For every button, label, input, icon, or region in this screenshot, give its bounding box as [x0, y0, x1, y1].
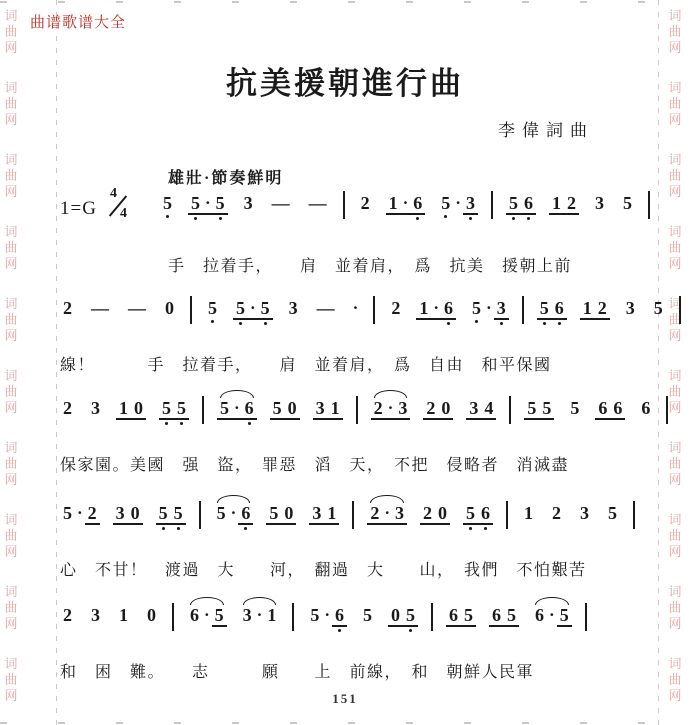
octave-dot	[463, 525, 478, 531]
dot-separator: ·	[232, 398, 242, 426]
note-group: 10	[116, 398, 146, 426]
barline	[679, 296, 681, 324]
note: 1	[324, 503, 339, 531]
note-digit: 0	[144, 605, 159, 625]
note-group: 31	[309, 503, 339, 531]
slur-note-group: 6·5	[532, 605, 572, 633]
note-digit: ·	[202, 605, 212, 625]
note: 5	[212, 605, 227, 633]
note-digit: 5	[174, 398, 189, 420]
octave-dot	[229, 523, 239, 529]
note: 0	[144, 605, 159, 631]
note-digit: 5	[557, 605, 572, 627]
note-digit: 6	[410, 193, 425, 215]
octave-dot	[217, 420, 232, 426]
octave-dot	[466, 420, 481, 426]
slur-note-group: 2·3	[371, 398, 411, 426]
note-group: 65	[446, 605, 476, 633]
dot-separator: ·	[382, 503, 392, 531]
note-digit: ·	[351, 298, 361, 318]
note: 1	[116, 605, 131, 631]
note-digit: 3	[240, 605, 255, 625]
octave-dot	[125, 318, 149, 324]
note-group: 5	[360, 605, 375, 631]
note-group: 5·3	[438, 193, 478, 221]
note-group: 12	[549, 193, 579, 221]
octave-dot	[113, 525, 128, 531]
note-digit: ·	[75, 503, 85, 523]
note-digit: ·	[431, 298, 441, 320]
octave-dot	[351, 318, 361, 324]
note-digit: ·	[203, 193, 213, 215]
note-group: 5	[567, 398, 582, 424]
note-digit: 3	[88, 398, 103, 418]
octave-dot	[258, 320, 273, 326]
note: 5	[156, 503, 171, 531]
octave-dot	[401, 215, 411, 221]
lyrics-line: 線！ 手 拉着手， 肩 並着肩， 爲 自由 和平保國	[60, 352, 670, 375]
note: 5	[214, 503, 229, 531]
octave-dot	[395, 420, 410, 426]
note: 5	[233, 298, 248, 326]
note-group: 2	[549, 503, 564, 529]
note: 6	[238, 503, 253, 531]
note-group: 2	[60, 398, 75, 424]
note-digit: 1	[116, 605, 131, 625]
score-line-4: 5·230555·650312·320561235心 不甘！ 渡過 大 河， 翻…	[60, 495, 670, 580]
barline	[292, 603, 294, 631]
note: 5	[258, 298, 273, 326]
note: 1	[416, 298, 431, 326]
note-digit: 5	[403, 605, 418, 627]
octave-dot	[595, 320, 610, 326]
note-group: 50	[270, 398, 300, 426]
note-group: 34	[466, 398, 496, 426]
octave-dot	[504, 627, 519, 633]
octave-dot	[595, 420, 610, 426]
octave-dot	[332, 627, 347, 633]
note-digit: 1	[386, 193, 401, 215]
note-group: 1·6	[416, 298, 456, 326]
octave-dot	[484, 318, 494, 324]
note-group: 2	[60, 605, 75, 631]
note: 1	[328, 398, 343, 426]
note-digit: 2	[420, 503, 435, 525]
note-digit: 6	[521, 193, 536, 215]
dot-separator: ·	[202, 605, 212, 633]
octave-dot	[188, 215, 203, 221]
score-line-1: 1=G4455·53——21·65·3561235手 拉着手， 肩 並着肩， 爲…	[60, 185, 670, 276]
dot-separator: ·	[248, 298, 258, 326]
octave-dot	[156, 525, 171, 531]
note-digit: 3	[494, 298, 509, 320]
note-digit: 5	[188, 193, 203, 215]
note-group: 5·3	[469, 298, 509, 326]
key-signature: 1=G44	[60, 192, 131, 226]
note: 6	[478, 503, 493, 531]
octave-dot	[577, 523, 592, 529]
page-number: 151	[0, 691, 690, 707]
note-digit: 0	[285, 398, 300, 420]
note: 5	[461, 605, 476, 633]
octave-dot	[392, 525, 407, 531]
octave-dot	[162, 318, 177, 324]
note-digit: ·	[401, 193, 411, 215]
note: 5	[537, 298, 552, 326]
note-digit: 6	[242, 398, 257, 420]
dot-separator: ·	[386, 398, 396, 426]
dot-separator: ·	[75, 503, 85, 531]
note-group: 30	[113, 503, 143, 531]
note-digit: 6	[610, 398, 625, 420]
note: 5	[506, 193, 521, 221]
note-digit: 1	[416, 298, 431, 320]
note: 5	[174, 398, 189, 426]
note: 0	[388, 605, 403, 633]
note: 6	[187, 605, 202, 633]
octave-dot	[314, 318, 338, 324]
note-digit: 2	[60, 605, 75, 625]
octave-dot	[205, 318, 220, 324]
octave-dot	[269, 213, 293, 219]
octave-dot	[547, 625, 557, 631]
octave-dot	[360, 625, 375, 631]
octave-dot	[382, 525, 392, 531]
note-digit: 5	[567, 398, 582, 418]
octave-dot	[281, 525, 296, 531]
note-group: 50	[266, 503, 296, 531]
note-digit: 6	[187, 605, 202, 625]
note-digit: 5	[360, 605, 375, 625]
note-digit: 5	[160, 193, 175, 213]
note-group: 55	[156, 503, 186, 531]
note: 3	[623, 298, 638, 324]
note-digit: 2	[367, 503, 382, 525]
octave-dot	[324, 525, 339, 531]
note-digit: ·	[322, 605, 332, 625]
note: 3	[309, 503, 324, 531]
note-group: 5	[160, 193, 175, 219]
note: —	[88, 298, 112, 324]
note-digit: 5	[524, 398, 539, 420]
music-row: 23106·53·15·650565656·5	[60, 597, 670, 633]
note-digit: 2	[595, 298, 610, 320]
octave-dot	[270, 420, 285, 426]
octave-dot	[549, 215, 564, 221]
slur-note-group: 3·1	[240, 605, 280, 631]
octave-dot	[441, 320, 456, 326]
octave-dot	[358, 213, 373, 219]
octave-dot	[386, 215, 401, 221]
octave-dot	[160, 213, 175, 219]
note-group: 1·6	[386, 193, 426, 221]
note-digit: 3	[392, 503, 407, 525]
note-group: 1	[116, 605, 131, 631]
note-digit: 5	[537, 298, 552, 320]
note-group: 3	[623, 298, 638, 324]
dot-separator: ·	[229, 503, 239, 531]
note-digit: 3	[463, 193, 478, 215]
octave-dot	[60, 523, 75, 529]
octave-dot	[144, 625, 159, 631]
note: 2	[549, 503, 564, 529]
note: 1	[116, 398, 131, 426]
note: 6	[441, 298, 456, 326]
note-digit: 3	[623, 298, 638, 318]
music-row: 2310555·650312·32034555666	[60, 390, 670, 426]
note: 5	[171, 503, 186, 531]
note-digit: 3	[286, 298, 301, 318]
note-digit: ·	[386, 398, 396, 420]
note: 2	[60, 605, 75, 631]
note-digit: 3	[466, 398, 481, 420]
note-digit: ·	[255, 605, 265, 625]
note-digit: ·	[232, 398, 242, 420]
octave-dot	[131, 420, 146, 426]
score-line-3: 2310555·650312·32034555666保家園。美國 强 盜， 罪惡…	[60, 390, 670, 475]
note-digit: 5	[217, 398, 232, 420]
octave-dot	[286, 318, 301, 324]
key-text: 1=G	[60, 198, 97, 220]
note-group: 6	[638, 398, 653, 424]
note-digit: 2	[388, 298, 403, 318]
octave-dot	[238, 525, 253, 531]
note: 5	[307, 605, 322, 633]
note: 0	[131, 398, 146, 426]
note: 3	[577, 503, 592, 529]
note-digit: ·	[484, 298, 494, 318]
slur-note-group: 5·6	[217, 398, 257, 426]
note-digit: 5	[205, 298, 220, 318]
note: 2	[388, 298, 403, 324]
octave-dot	[214, 523, 229, 529]
note: 5	[463, 503, 478, 531]
barline	[172, 603, 174, 631]
barline	[190, 296, 192, 324]
octave-dot	[524, 420, 539, 426]
octave-dot	[240, 625, 255, 631]
note: 1	[521, 503, 536, 529]
barline	[373, 296, 375, 324]
note: 1	[386, 193, 401, 221]
note: 0	[162, 298, 177, 324]
note-group: 20	[420, 503, 450, 531]
note-digit: 1	[549, 193, 564, 215]
note-digit: 5	[620, 193, 635, 213]
note-group: —	[306, 193, 330, 219]
octave-dot	[213, 215, 228, 221]
note-digit: 1	[521, 503, 536, 523]
music-row: 1=G4455·53——21·65·3561235	[60, 185, 670, 227]
lyrics-line: 心 不甘！ 渡過 大 河， 翻過 大 山， 我們 不怕艱苦	[60, 557, 670, 580]
note-digit: 5	[438, 193, 453, 213]
note: 3	[395, 398, 410, 426]
note-group: 5·5	[188, 193, 228, 221]
barline	[491, 191, 493, 219]
octave-dot	[232, 420, 242, 426]
note-digit: 1	[264, 605, 279, 625]
note-digit: 1	[580, 298, 595, 320]
barline	[356, 396, 358, 424]
note-digit: 6	[532, 605, 547, 625]
note: —	[125, 298, 149, 324]
dot-separator: ·	[484, 298, 494, 326]
octave-dot	[266, 525, 281, 531]
octave-dot	[75, 523, 85, 529]
barline	[352, 501, 354, 529]
octave-dot	[416, 320, 431, 326]
note-group: 5	[605, 503, 620, 529]
note-digit: 6	[446, 605, 461, 627]
octave-dot	[623, 318, 638, 324]
octave-dot	[549, 523, 564, 529]
note: 2	[358, 193, 373, 219]
note-digit: 5	[463, 503, 478, 525]
note-group: —	[125, 298, 149, 324]
note: 5	[213, 193, 228, 221]
note-digit: 3	[309, 503, 324, 525]
note: 5	[403, 605, 418, 633]
note: 6	[489, 605, 504, 633]
note-digit: 5	[506, 193, 521, 215]
note: 3	[88, 605, 103, 631]
note-group: 2	[358, 193, 373, 219]
note: 6	[532, 605, 547, 633]
note-digit: 0	[388, 605, 403, 627]
note-group: 0	[162, 298, 177, 324]
note: 5	[539, 398, 554, 426]
octave-dot	[285, 420, 300, 426]
note-digit: 2	[60, 298, 75, 318]
barline	[431, 603, 433, 631]
note-digit: 5	[159, 398, 174, 420]
note-digit: ·	[248, 298, 258, 320]
octave-dot	[306, 213, 330, 219]
note-digit: 5	[539, 398, 554, 420]
note-group: 56	[537, 298, 567, 326]
octave-dot	[116, 420, 131, 426]
note: 3	[240, 605, 255, 631]
note-digit: 4	[481, 398, 496, 420]
note-group: 3	[577, 503, 592, 529]
octave-dot	[60, 418, 75, 424]
note-digit: 2	[371, 398, 386, 420]
barline	[648, 191, 650, 219]
dot-separator: ·	[255, 605, 265, 631]
octave-dot	[431, 320, 441, 326]
octave-dot	[174, 420, 189, 426]
note: 5	[205, 298, 220, 324]
octave-dot	[580, 320, 595, 326]
octave-dot	[386, 420, 396, 426]
note-group: 31	[313, 398, 343, 426]
note: 4	[481, 398, 496, 426]
note-digit: 6	[478, 503, 493, 525]
octave-dot	[567, 418, 582, 424]
site-header: 曲谱歌谱大全	[30, 11, 126, 32]
note: 3	[88, 398, 103, 424]
dot-separator: ·	[431, 298, 441, 326]
note-digit: 3	[395, 398, 410, 420]
note-digit: 6	[489, 605, 504, 627]
note: 5	[620, 193, 635, 219]
barline	[666, 396, 668, 424]
octave-dot	[410, 215, 425, 221]
note-group: 55	[524, 398, 554, 426]
dot-separator: ·	[322, 605, 332, 633]
octave-dot	[521, 523, 536, 529]
note: 3	[241, 193, 256, 219]
note: 5	[524, 398, 539, 426]
note-digit: 1	[324, 503, 339, 525]
note-group: —	[314, 298, 338, 324]
note: 3	[466, 398, 481, 426]
note-digit: 5	[266, 503, 281, 525]
note-digit: 5	[60, 503, 75, 523]
octave-dot	[187, 625, 202, 631]
note: 5	[438, 193, 453, 221]
note: —	[314, 298, 338, 324]
note-group: 5	[620, 193, 635, 219]
note-digit: 3	[592, 193, 607, 213]
octave-dot	[506, 215, 521, 221]
note-group: ·	[351, 298, 361, 324]
note-digit: 0	[162, 298, 177, 318]
note: 3	[313, 398, 328, 426]
note-digit: 5	[171, 503, 186, 525]
octave-dot	[313, 420, 328, 426]
octave-dot	[328, 420, 343, 426]
note: 0	[435, 503, 450, 531]
note: 6	[332, 605, 347, 633]
note-group: 3	[286, 298, 301, 324]
note: 2	[85, 503, 100, 531]
note-digit: 2	[85, 503, 100, 525]
octave-dot	[461, 627, 476, 633]
octave-dot	[453, 213, 463, 219]
slur-note-group: 6·5	[187, 605, 227, 633]
octave-dot	[255, 625, 265, 631]
note-digit: 5	[212, 605, 227, 627]
note: 2	[367, 503, 382, 531]
dot-separator: ·	[453, 193, 463, 221]
note-digit: 6	[332, 605, 347, 627]
octave-dot	[446, 627, 461, 633]
note-digit: 2	[549, 503, 564, 523]
note: 5	[557, 605, 572, 633]
note-group: 5	[205, 298, 220, 324]
slur-note-group: 5·6	[214, 503, 254, 531]
octave-dot	[241, 213, 256, 219]
octave-dot	[592, 213, 607, 219]
note-digit: 0	[128, 503, 143, 525]
note: 0	[128, 503, 143, 531]
note: —	[269, 193, 293, 219]
note-group: 5·6	[307, 605, 347, 633]
dot-separator: ·	[351, 298, 361, 324]
octave-dot	[60, 625, 75, 631]
note-digit: 1	[328, 398, 343, 420]
note: 5	[651, 298, 666, 324]
note: —	[306, 193, 330, 219]
sheet-page: 词曲网词曲网词曲网词曲网词曲网词曲网词曲网词曲网词曲网词曲网 词曲网词曲网词曲网…	[0, 0, 690, 725]
note-digit: 5	[214, 503, 229, 523]
note: 6	[446, 605, 461, 633]
time-numerator: 4	[110, 186, 117, 202]
note: 1	[549, 193, 564, 221]
note-group: 55	[159, 398, 189, 426]
octave-dot	[651, 318, 666, 324]
